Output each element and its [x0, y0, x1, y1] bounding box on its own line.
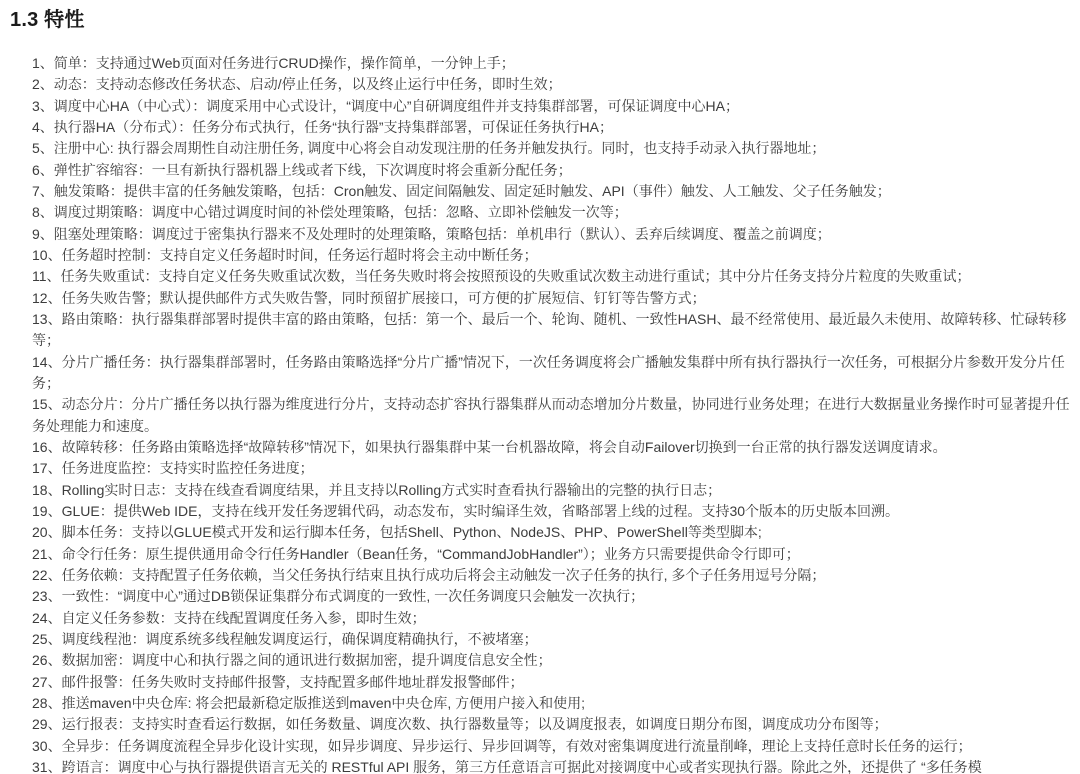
feature-item: 29、运行报表：支持实时查看运行数据，如任务数量、调度次数、执行器数量等；以及调…: [32, 714, 1076, 735]
feature-item: 16、故障转移：任务路由策略选择“故障转移”情况下，如果执行器集群中某一台机器故…: [32, 437, 1076, 458]
feature-item: 9、阻塞处理策略：调度过于密集执行器来不及处理时的处理策略，策略包括：单机串行（…: [32, 224, 1076, 245]
feature-item: 24、自定义任务参数：支持在线配置调度任务入参，即时生效；: [32, 608, 1076, 629]
feature-list: 1、简单：支持通过Web页面对任务进行CRUD操作，操作简单，一分钟上手；2、动…: [32, 53, 1076, 774]
feature-item: 28、推送maven中央仓库: 将会把最新稳定版推送到maven中央仓库, 方便…: [32, 693, 1076, 714]
feature-item: 8、调度过期策略：调度中心错过调度时间的补偿处理策略，包括：忽略、立即补偿触发一…: [32, 202, 1076, 223]
feature-item: 23、一致性：“调度中心”通过DB锁保证集群分布式调度的一致性, 一次任务调度只…: [32, 586, 1076, 607]
feature-item: 6、弹性扩容缩容：一旦有新执行器机器上线或者下线，下次调度时将会重新分配任务；: [32, 160, 1076, 181]
page-title: 1.3 特性: [10, 8, 1080, 32]
feature-item: 31、跨语言：调度中心与执行器提供语言无关的 RESTful API 服务，第三…: [32, 757, 1076, 774]
feature-item: 14、分片广播任务：执行器集群部署时，任务路由策略选择“分片广播”情况下，一次任…: [32, 352, 1076, 395]
feature-item: 2、动态：支持动态修改任务状态、启动/停止任务，以及终止运行中任务，即时生效；: [32, 74, 1076, 95]
feature-item: 18、Rolling实时日志：支持在线查看调度结果，并且支持以Rolling方式…: [32, 480, 1076, 501]
feature-item: 7、触发策略：提供丰富的任务触发策略，包括：Cron触发、固定间隔触发、固定延时…: [32, 181, 1076, 202]
feature-item: 10、任务超时控制：支持自定义任务超时时间，任务运行超时将会主动中断任务；: [32, 245, 1076, 266]
feature-item: 15、动态分片：分片广播任务以执行器为维度进行分片，支持动态扩容执行器集群从而动…: [32, 394, 1076, 437]
feature-item: 20、脚本任务：支持以GLUE模式开发和运行脚本任务，包括Shell、Pytho…: [32, 522, 1076, 543]
feature-item: 1、简单：支持通过Web页面对任务进行CRUD操作，操作简单，一分钟上手；: [32, 53, 1076, 74]
feature-item: 3、调度中心HA（中心式）：调度采用中心式设计，“调度中心”自研调度组件并支持集…: [32, 96, 1076, 117]
feature-item: 11、任务失败重试：支持自定义任务失败重试次数，当任务失败时将会按照预设的失败重…: [32, 266, 1076, 287]
feature-item: 12、任务失败告警；默认提供邮件方式失败告警，同时预留扩展接口，可方便的扩展短信…: [32, 288, 1076, 309]
feature-item: 19、GLUE：提供Web IDE，支持在线开发任务逻辑代码，动态发布，实时编译…: [32, 501, 1076, 522]
feature-item: 26、数据加密：调度中心和执行器之间的通讯进行数据加密，提升调度信息安全性；: [32, 650, 1076, 671]
document-page: 1.3 特性 1、简单：支持通过Web页面对任务进行CRUD操作，操作简单，一分…: [0, 0, 1080, 774]
feature-item: 17、任务进度监控：支持实时监控任务进度；: [32, 458, 1076, 479]
feature-item: 21、命令行任务：原生提供通用命令行任务Handler（Bean任务，“Comm…: [32, 544, 1076, 565]
feature-item: 5、注册中心: 执行器会周期性自动注册任务, 调度中心将会自动发现注册的任务并触…: [32, 138, 1076, 159]
feature-item: 27、邮件报警：任务失败时支持邮件报警，支持配置多邮件地址群发报警邮件；: [32, 672, 1076, 693]
feature-item: 22、任务依赖：支持配置子任务依赖，当父任务执行结束且执行成功后将会主动触发一次…: [32, 565, 1076, 586]
feature-item: 30、全异步：任务调度流程全异步化设计实现，如异步调度、异步运行、异步回调等，有…: [32, 736, 1076, 757]
feature-item: 13、路由策略：执行器集群部署时提供丰富的路由策略，包括：第一个、最后一个、轮询…: [32, 309, 1076, 352]
feature-item: 25、调度线程池：调度系统多线程触发调度运行，确保调度精确执行，不被堵塞；: [32, 629, 1076, 650]
feature-item: 4、执行器HA（分布式）：任务分布式执行，任务“执行器”支持集群部署，可保证任务…: [32, 117, 1076, 138]
